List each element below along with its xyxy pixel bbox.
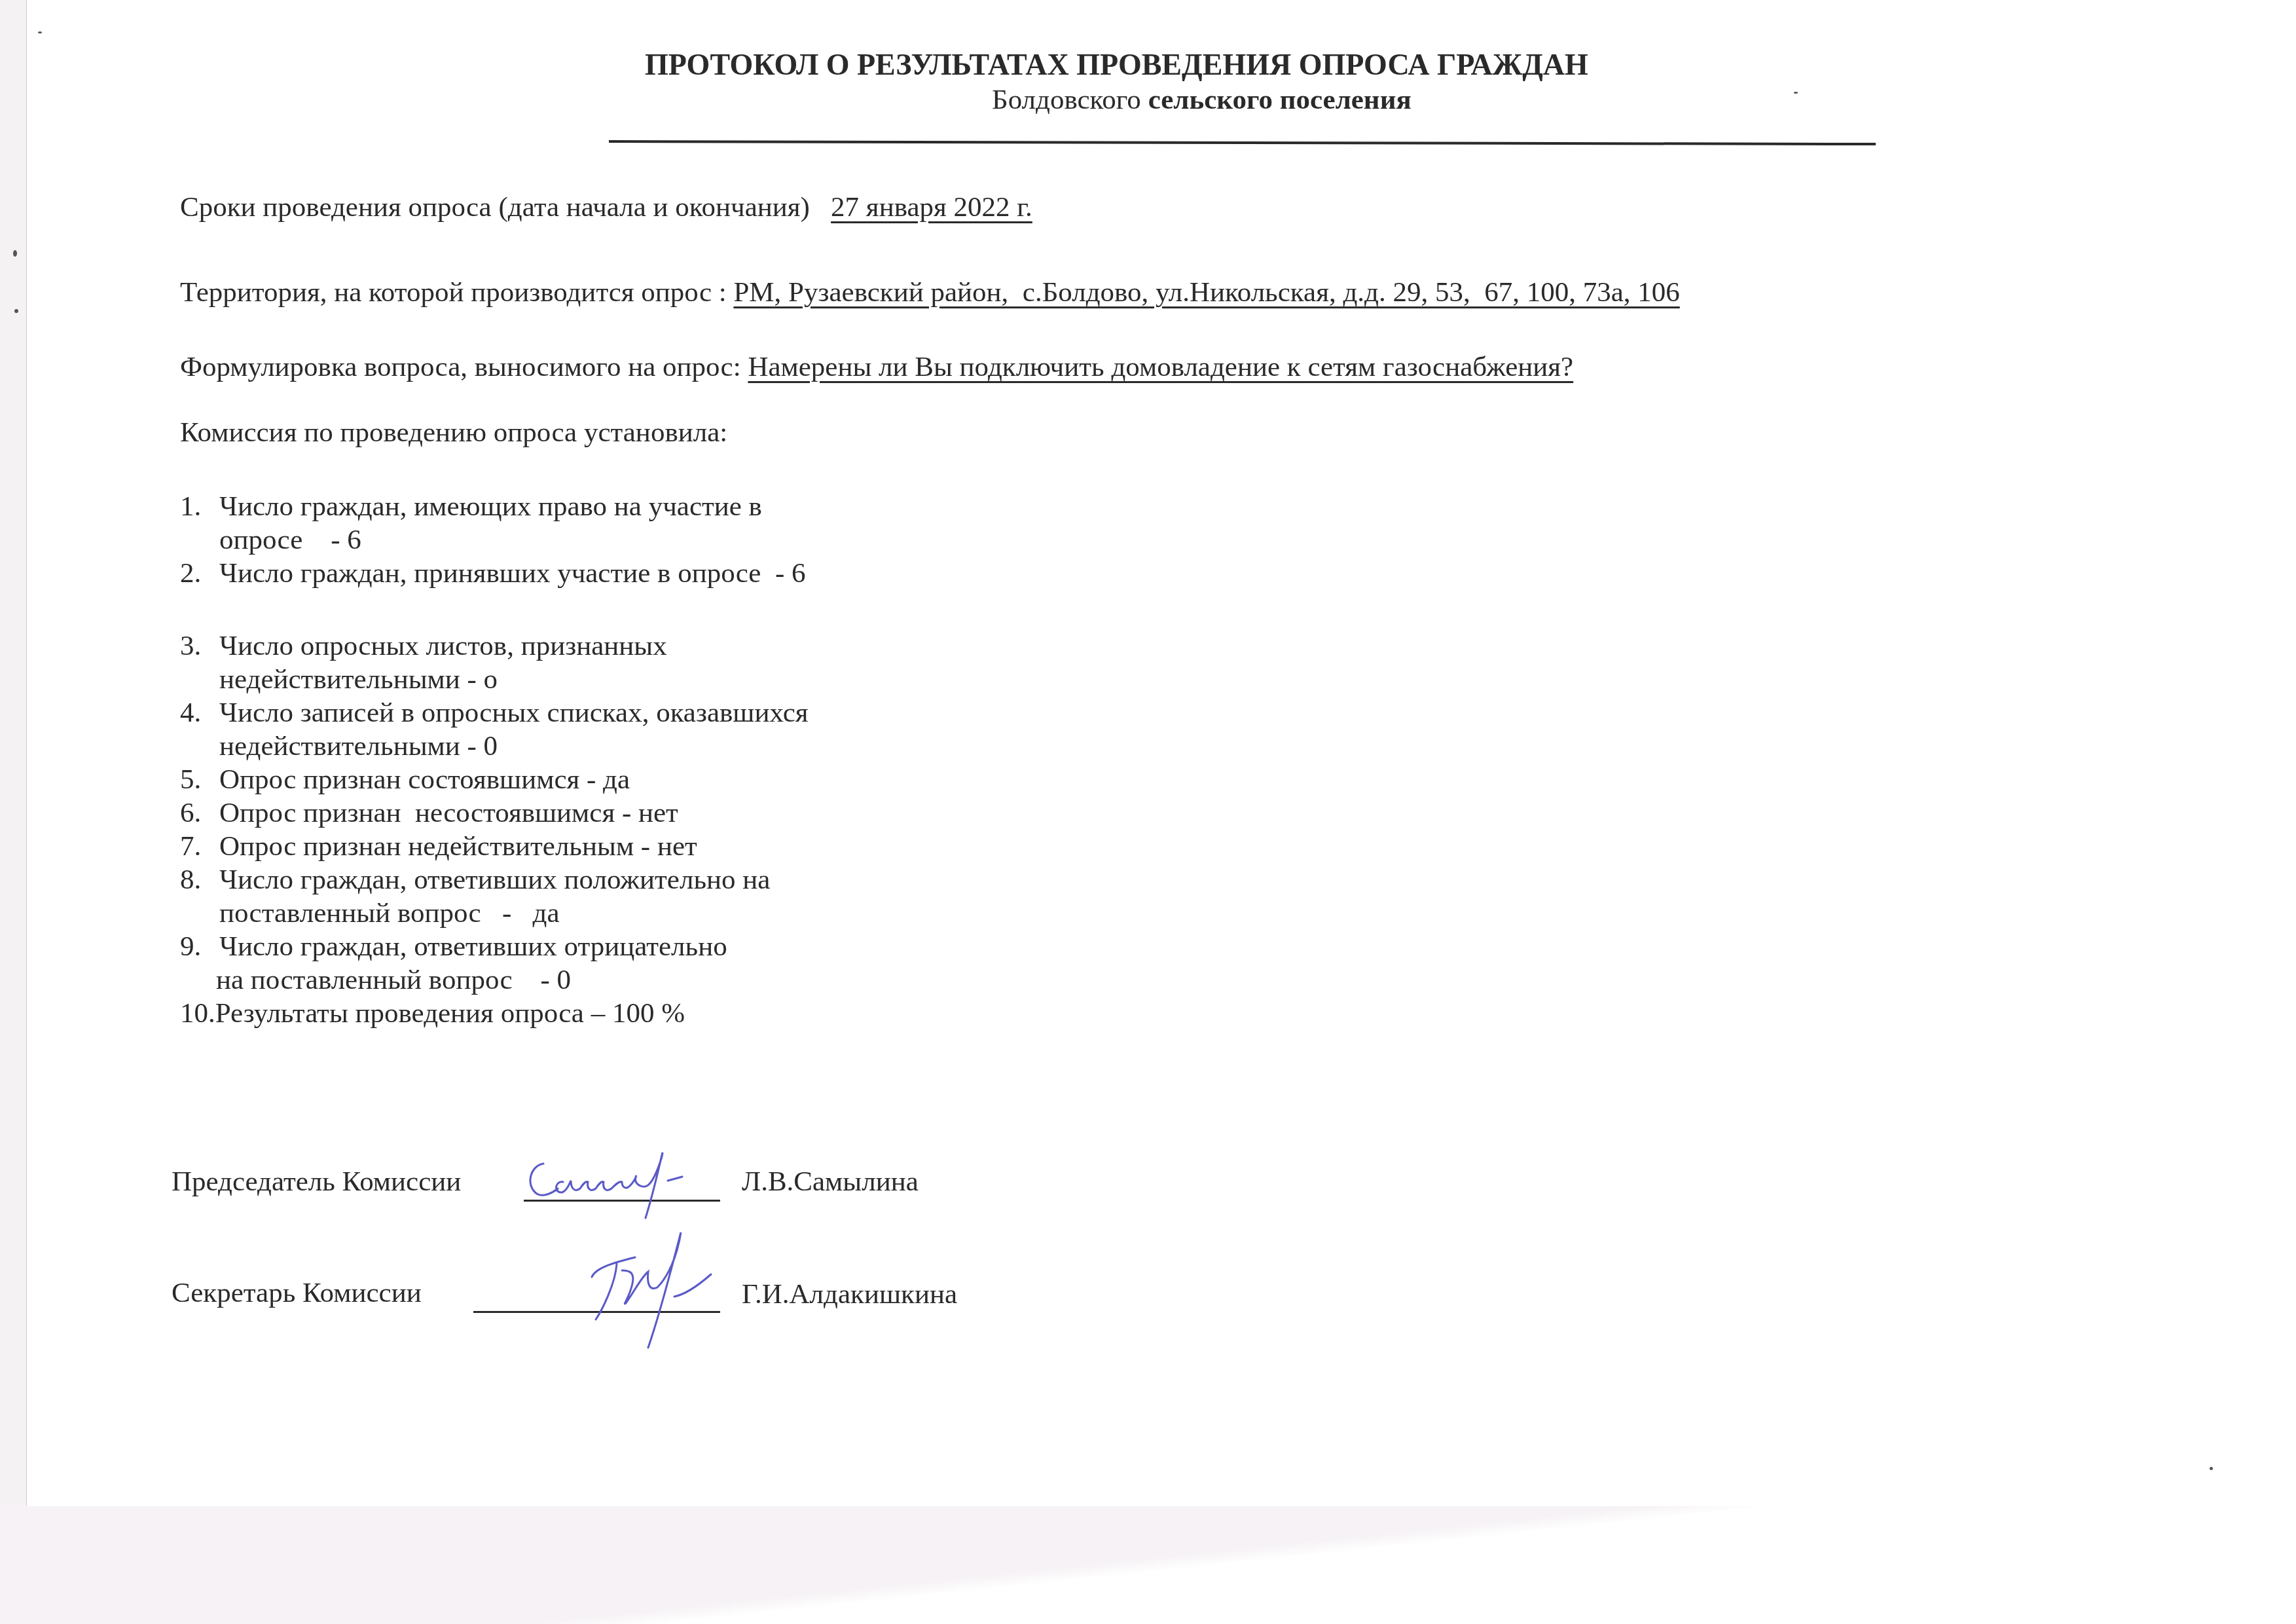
survey-dates-label: Сроки проведения опроса (дата начала и о… (180, 192, 810, 223)
result-text: Результаты проведения опроса – 100 % (215, 998, 685, 1029)
result-text: Число граждан, ответивших отрицательно (219, 931, 727, 962)
result-text: Опрос признан недействительным - нет (219, 831, 697, 862)
result-text: Число записей в опросных списках, оказав… (219, 697, 809, 728)
protocol-document: ПРОТОКОЛ О РЕЗУЛЬТАТАХ ПРОВЕДЕНИЯ ОПРОСА… (0, 0, 2296, 1624)
result-item-6: 6.Опрос признан несостоявшимся - нет (180, 796, 809, 830)
result-text: Число граждан, принявших участие в опрос… (219, 558, 805, 589)
result-text-continued: поставленный вопрос - да (180, 896, 809, 930)
result-number: 6. (180, 796, 219, 830)
result-item-1: 1.Число граждан, имеющих право на участи… (180, 490, 809, 557)
result-number: 4. (180, 696, 219, 729)
document-subtitle: Болдовского сельского поселения (992, 84, 1412, 116)
subtitle-settlement-type: сельского поселения (1148, 84, 1412, 115)
commission-intro: Комиссия по проведению опроса установила… (180, 416, 727, 449)
result-text-continued: опросе - 6 (180, 523, 809, 557)
scan-speck (1794, 92, 1798, 94)
result-number: 9. (180, 930, 219, 963)
chair-signature-icon (517, 1149, 733, 1221)
question-value: Намерены ли Вы подключить домовладение к… (748, 352, 1573, 382)
result-number: 10. (180, 997, 215, 1030)
header-rule (609, 140, 1876, 145)
results-list: 1.Число граждан, имеющих право на участи… (180, 490, 809, 1030)
result-item-5: 5.Опрос признан состоявшимся - да (180, 763, 809, 796)
territory-field: Территория, на которой производится опро… (180, 276, 1680, 308)
result-text-continued: недействительными - о (180, 663, 809, 696)
result-text: Число опросных листов, признанных (219, 631, 667, 661)
question-label: Формулировка вопроса, выносимого на опро… (180, 352, 748, 382)
result-text: Число граждан, ответивших положительно н… (219, 864, 770, 895)
territory-value: РМ, Рузаевский район, с.Болдово, ул.Нико… (733, 277, 1679, 308)
survey-dates-field: Сроки проведения опроса (дата начала и о… (180, 191, 1032, 223)
result-text: Число граждан, имеющих право на участие … (219, 491, 762, 522)
result-item-4: 4.Число записей в опросных списках, оказ… (180, 696, 809, 763)
document-title: ПРОТОКОЛ О РЕЗУЛЬТАТАХ ПРОВЕДЕНИЯ ОПРОСА… (645, 47, 1588, 82)
chair-role: Председатель Комиссии (172, 1166, 461, 1198)
result-item-8: 8.Число граждан, ответивших положительно… (180, 863, 809, 930)
subtitle-settlement: Болдовского (992, 84, 1148, 115)
scan-speck (13, 250, 17, 257)
result-item-7: 7.Опрос признан недействительным - нет (180, 830, 809, 863)
secretary-name: Г.И.Алдакишкина (742, 1278, 957, 1310)
result-number: 5. (180, 763, 219, 796)
scan-speck (14, 309, 18, 313)
result-item-3: 3.Число опросных листов, признанных неде… (180, 629, 809, 696)
survey-dates-value: 27 января 2022 г. (831, 192, 1032, 223)
result-number: 2. (180, 557, 219, 590)
result-text: Опрос признан несостоявшимся - нет (219, 798, 678, 828)
result-text-continued: недействительными - 0 (180, 729, 809, 763)
result-text-continued: на поставленный вопрос - 0 (180, 963, 809, 997)
result-item-9: 9.Число граждан, ответивших отрицательно… (180, 930, 809, 997)
result-number: 7. (180, 830, 219, 863)
result-number: 3. (180, 629, 219, 663)
result-number: 1. (180, 490, 219, 523)
result-item-2: 2.Число граждан, принявших участие в опр… (180, 557, 809, 590)
result-number: 8. (180, 863, 219, 896)
scan-speck (2210, 1467, 2213, 1470)
result-item-10: 10.Результаты проведения опроса – 100 % (180, 997, 809, 1030)
scan-speck (38, 31, 42, 33)
secretary-role: Секретарь Комиссии (172, 1277, 422, 1309)
chair-name: Л.В.Самылина (742, 1166, 919, 1198)
question-field: Формулировка вопроса, выносимого на опро… (180, 351, 1573, 383)
result-text: Опрос признан состоявшимся - да (219, 764, 630, 795)
territory-label: Территория, на которой производится опро… (180, 277, 733, 308)
